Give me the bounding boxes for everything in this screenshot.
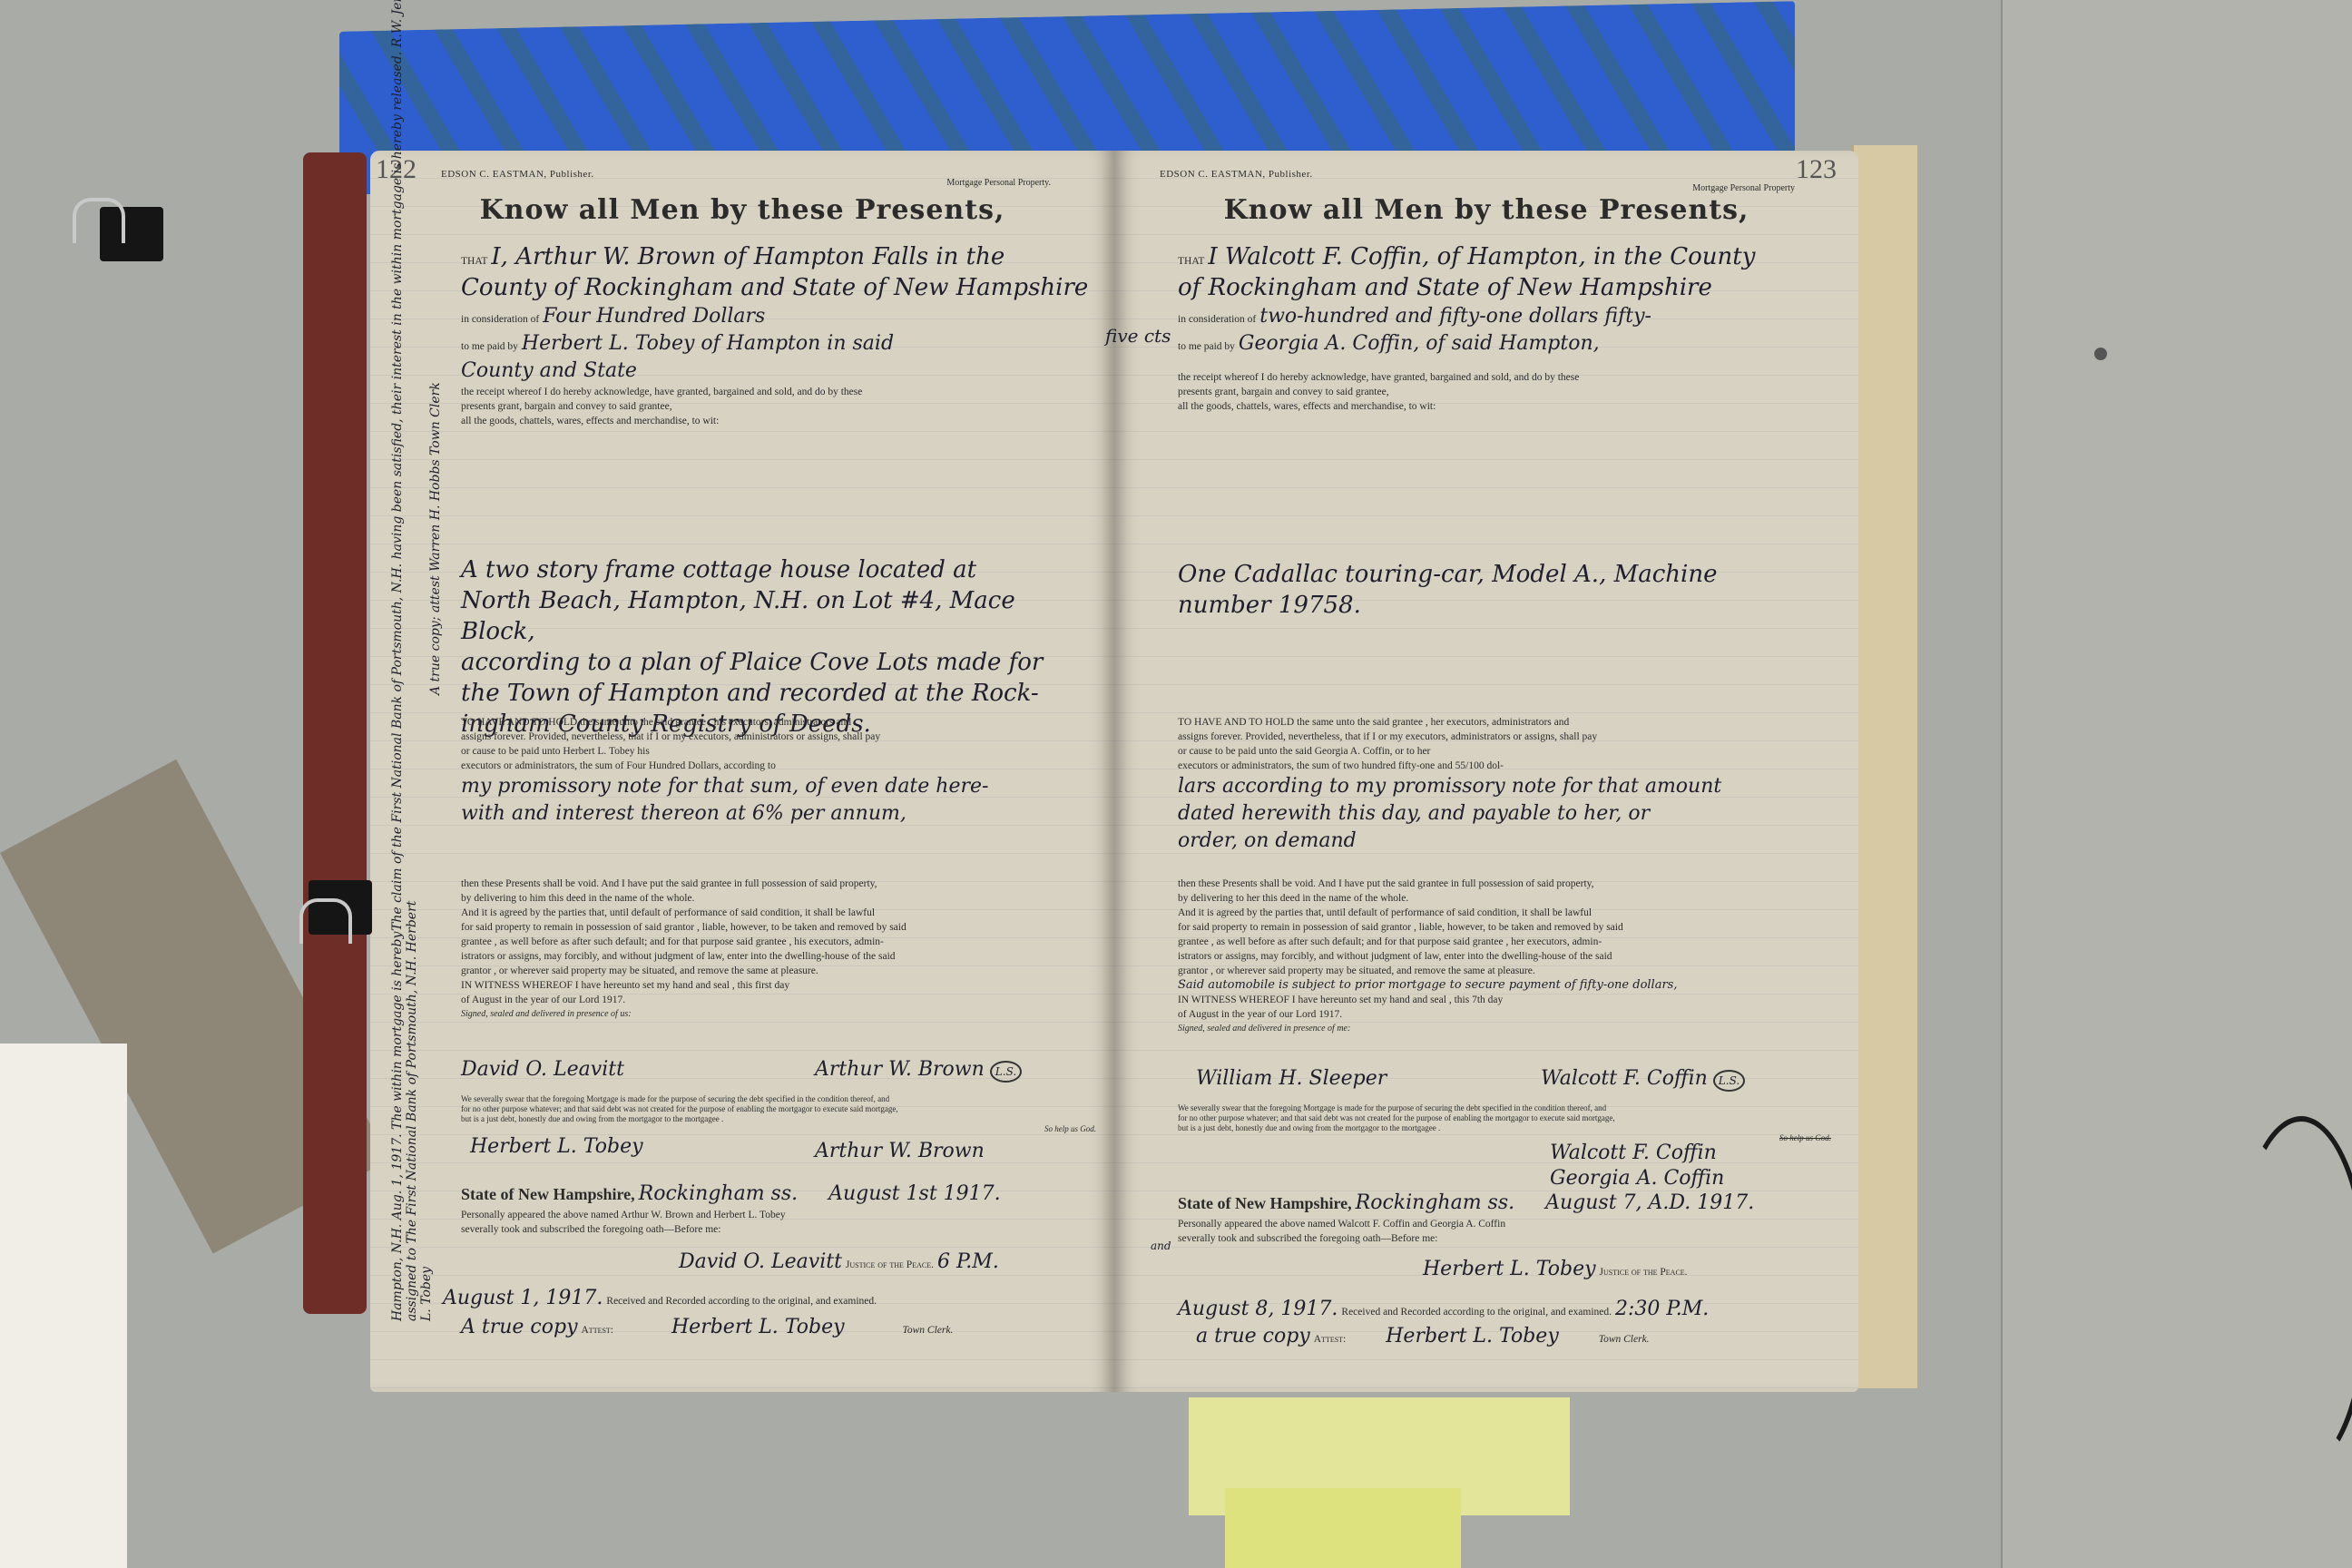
- form-name: Mortgage Personal Property.: [946, 178, 1051, 188]
- habendum-line: or cause to be paid unto the said Georgi…: [1178, 744, 1831, 759]
- signed-label: Signed, sealed and delivered in presence…: [1178, 1022, 1831, 1036]
- property-line: number 19758.: [1178, 590, 1831, 621]
- binder-clip-desk: [100, 207, 163, 261]
- oath-line: but is a just debt, honestly due and owi…: [461, 1114, 1096, 1124]
- note-line: order, on demand: [1178, 828, 1831, 855]
- grantor-signature-text: Arthur W. Brown: [815, 1058, 985, 1081]
- that-label: THAT: [1178, 256, 1204, 267]
- consideration-value: Four Hundred Dollars: [543, 305, 765, 328]
- goods-text: all the goods, chattels, wares, effects …: [1178, 399, 1831, 414]
- oath-line: for no other purpose whatever; and that …: [1178, 1113, 1831, 1123]
- true-copy: A true copy: [461, 1316, 578, 1338]
- property-line: One Cadallac touring-car, Model A., Mach…: [1178, 559, 1831, 590]
- book-page-edges-right: [1851, 145, 1917, 1388]
- recorded-line: August 8, 1917. Received and Recorded ac…: [1178, 1296, 1709, 1323]
- habendum-section: TO HAVE AND TO HOLD the same unto the sa…: [1178, 715, 1831, 855]
- oath-date: August 7, A.D. 1917.: [1545, 1191, 1754, 1214]
- property-line: the Town of Hampton and recorded at the …: [461, 678, 1096, 709]
- agreed-line: istrators or assigns, may forcibly, and …: [1178, 949, 1831, 964]
- appeared-text: Personally appeared the above named Arth…: [461, 1208, 1096, 1222]
- property-line: North Beach, Hampton, N.H. on Lot #4, Ma…: [461, 585, 1096, 647]
- goods-text: all the goods, chattels, wares, effects …: [461, 414, 1096, 428]
- deliver-text: by delivering to him this deed in the na…: [461, 891, 1096, 906]
- justice-label: Justice of the Peace.: [846, 1259, 934, 1270]
- habendum-line: executors or administrators, the sum of …: [1178, 759, 1831, 773]
- justice-name: David O. Leavitt: [679, 1250, 842, 1273]
- clerk-label: Town Clerk.: [1599, 1334, 1650, 1345]
- property-line: A two story frame cottage house located …: [461, 554, 1096, 585]
- grantor-signature: Walcott F. CoffinL.S.: [1541, 1067, 1745, 1092]
- agreed-line: grantor , or wherever said property may …: [461, 964, 1096, 978]
- seal-icon: L.S.: [1713, 1070, 1745, 1092]
- agreed-line: grantee , as well before as after such d…: [461, 935, 1096, 949]
- county: Rockingham ss.: [1356, 1191, 1514, 1214]
- paid-by-value: Georgia A. Coffin, of said Hampton,: [1239, 332, 1600, 355]
- state-label: State of New Hampshire,: [1178, 1194, 1352, 1212]
- publisher: EDSON C. EASTMAN, Publisher.: [441, 169, 594, 180]
- so-help: So help us God.: [1178, 1133, 1831, 1143]
- pushpin: [2094, 348, 2107, 360]
- white-paper: [0, 1044, 127, 1568]
- note-line: lars according to my promissory note for…: [1178, 773, 1831, 800]
- agreed-line: for said property to remain in possessio…: [1178, 920, 1831, 935]
- that-label: THAT: [461, 256, 487, 267]
- oath-signature: Herbert L. Tobey: [470, 1135, 643, 1158]
- signed-label: Signed, sealed and delivered in presence…: [461, 1007, 1096, 1022]
- appeared-text: Personally appeared the above named Walc…: [1178, 1217, 1831, 1231]
- form-heading: Know all Men by these Presents,: [370, 194, 1114, 226]
- habendum-line: executors or administrators, the sum of …: [461, 759, 1096, 773]
- witness-text: IN WITNESS WHEREOF I have hereunto set m…: [1178, 993, 1831, 1007]
- recorded-text: Received and Recorded according to the o…: [606, 1296, 877, 1307]
- oath-line: We severally swear that the foregoing Mo…: [461, 1094, 1096, 1104]
- true-copy: a true copy: [1196, 1325, 1310, 1347]
- publisher: EDSON C. EASTMAN, Publisher.: [1160, 169, 1313, 180]
- receipt-text: the receipt whereof I do hereby acknowle…: [461, 385, 1096, 399]
- note-line: dated herewith this day, and payable to …: [1178, 800, 1831, 828]
- attest-line: a true copy Attest: Herbert L. Tobey Tow…: [1196, 1323, 1650, 1350]
- year-text: of August in the year of our Lord 1917.: [461, 993, 1096, 1007]
- oath-section: We severally swear that the foregoing Mo…: [461, 1094, 1096, 1134]
- agreed-line: istrators or assigns, may forcibly, and …: [461, 949, 1096, 964]
- oath-signature: Georgia A. Coffin: [1550, 1165, 1724, 1192]
- agreed-line: And it is agreed by the parties that, un…: [461, 906, 1096, 920]
- receipt-text: the receipt whereof I do hereby acknowle…: [1178, 370, 1831, 385]
- attest-line: A true copy Attest: Herbert L. Tobey Tow…: [461, 1314, 953, 1341]
- state-label: State of New Hampshire,: [461, 1185, 635, 1203]
- margin-note-release: The claim of the First National Bank of …: [390, 187, 405, 931]
- margin-note-cents: five cts: [1105, 325, 1171, 347]
- habendum-line: TO HAVE AND TO HOLD the same unto the sa…: [1178, 715, 1831, 730]
- form-heading: Know all Men by these Presents,: [1114, 194, 1858, 226]
- book-spine-left: [303, 152, 367, 1314]
- conditions-section: then these Presents shall be void. And I…: [1178, 877, 1831, 1036]
- justice-line: Herbert L. Tobey Justice of the Peace.: [1423, 1258, 1688, 1280]
- grantor-signature-text: Walcott F. Coffin: [1541, 1067, 1708, 1090]
- clerk-name: Herbert L. Tobey: [671, 1316, 845, 1338]
- oath-line: but is a just debt, honestly due and owi…: [1178, 1123, 1831, 1133]
- paid-by-value: Herbert L. Tobey of Hampton in said: [522, 332, 894, 355]
- consideration-value: two-hundred and fifty-one dollars fifty-: [1259, 305, 1651, 328]
- so-help: So help us God.: [461, 1124, 1096, 1134]
- note-line: with and interest thereon at 6% per annu…: [461, 800, 1096, 828]
- recorded-line: August 1, 1917. Received and Recorded ac…: [443, 1285, 877, 1312]
- consideration-label: in consideration of: [1178, 314, 1256, 325]
- attest-label: Attest:: [1314, 1334, 1347, 1345]
- margin-note-attest: A true copy; attest Warren H. Hobbs Town…: [428, 382, 443, 695]
- justice-time: 6 P.M.: [937, 1250, 999, 1273]
- presents-text: presents grant, bargain and convey to sa…: [461, 399, 1096, 414]
- property-description: A two story frame cottage house located …: [461, 554, 1096, 740]
- recorded-text: Received and Recorded according to the o…: [1341, 1307, 1612, 1318]
- oath-signature: Arthur W. Brown: [815, 1140, 985, 1162]
- justice-name: Herbert L. Tobey: [1423, 1258, 1596, 1280]
- habendum-line: assigns forever. Provided, nevertheless,…: [461, 730, 1096, 744]
- habendum-line: or cause to be paid unto Herbert L. Tobe…: [461, 744, 1096, 759]
- prior-mortgage-note: Said automobile is subject to prior mort…: [1178, 978, 1831, 993]
- consideration-label: in consideration of: [461, 314, 539, 325]
- property-line: according to a plan of Plaice Cove Lots …: [461, 647, 1096, 678]
- grantor-line: I, Arthur W. Brown of Hampton Falls in t…: [491, 243, 1004, 270]
- oath-line: We severally swear that the foregoing Mo…: [1178, 1103, 1831, 1113]
- paid-by-label: to me paid by: [1178, 341, 1235, 352]
- acknowledgment-section: State of New Hampshire, Rockingham ss. A…: [1178, 1190, 1831, 1246]
- justice-label: Justice of the Peace.: [1600, 1267, 1688, 1278]
- acknowledgment-section: State of New Hampshire, Rockingham ss. A…: [461, 1181, 1096, 1237]
- witness-signature: David O. Leavitt: [461, 1058, 624, 1081]
- grantor-line: of Rockingham and State of New Hampshire: [1178, 274, 1712, 301]
- recorded-date: August 8, 1917.: [1178, 1298, 1338, 1320]
- subscribed-text: severally took and subscribed the forego…: [461, 1222, 1096, 1237]
- habendum-line: TO HAVE AND TO HOLD the same unto the sa…: [461, 715, 1096, 730]
- sticky-note: [1225, 1488, 1461, 1568]
- oath-signature: Walcott F. Coffin: [1550, 1140, 1717, 1167]
- void-text: then these Presents shall be void. And I…: [1178, 877, 1831, 891]
- justice-line: David O. Leavitt Justice of the Peace. 6…: [679, 1249, 999, 1276]
- note-line: my promissory note for that sum, of even…: [461, 773, 1096, 800]
- year-text: of August in the year of our Lord 1917.: [1178, 1007, 1831, 1022]
- agreed-line: for said property to remain in possessio…: [461, 920, 1096, 935]
- clerk-label: Town Clerk.: [903, 1325, 954, 1336]
- oath-section: We severally swear that the foregoing Mo…: [1178, 1103, 1831, 1143]
- grantor-section: THAT I Walcott F. Coffin, of Hampton, in…: [1178, 241, 1831, 414]
- agreed-line: grantee , as well before as after such d…: [1178, 935, 1831, 949]
- form-name: Mortgage Personal Property: [1692, 183, 1795, 193]
- binder-clip-page: [309, 880, 372, 935]
- margin-note-assignment: Hampton, N.H. Aug. 1, 1917. The within m…: [390, 886, 434, 1321]
- witness-text: IN WITNESS WHEREOF I have hereunto set m…: [461, 978, 1096, 993]
- conditions-section: then these Presents shall be void. And I…: [461, 877, 1096, 1022]
- witness-signature: William H. Sleeper: [1196, 1067, 1387, 1090]
- habendum-line: assigns forever. Provided, nevertheless,…: [1178, 730, 1831, 744]
- paid-by-label: to me paid by: [461, 341, 518, 352]
- grantor-line: County of Rockingham and State of New Ha…: [461, 274, 1088, 301]
- page-right: 123 EDSON C. EASTMAN, Publisher. Mortgag…: [1114, 151, 1858, 1392]
- page-number: 123: [1796, 154, 1837, 185]
- seal-icon: L.S.: [990, 1061, 1022, 1083]
- county: Rockingham ss.: [639, 1182, 798, 1205]
- attest-label: Attest:: [582, 1325, 614, 1336]
- agreed-line: grantor , or wherever said property may …: [1178, 964, 1831, 978]
- oath-date: August 1st 1917.: [828, 1182, 1001, 1205]
- oath-line: for no other purpose whatever; and that …: [461, 1104, 1096, 1114]
- property-description: One Cadallac touring-car, Model A., Mach…: [1178, 559, 1831, 621]
- grantor-line: I Walcott F. Coffin, of Hampton, in the …: [1208, 243, 1755, 270]
- page-left: 122 EDSON C. EASTMAN, Publisher. Mortgag…: [370, 151, 1114, 1392]
- grantor-section: THAT I, Arthur W. Brown of Hampton Falls…: [461, 241, 1096, 428]
- subscribed-text: severally took and subscribed the forego…: [1178, 1231, 1831, 1246]
- paid-by-value: County and State: [461, 359, 637, 382]
- presents-text: presents grant, bargain and convey to sa…: [1178, 385, 1831, 399]
- clerk-name: Herbert L. Tobey: [1386, 1325, 1559, 1347]
- habendum-section: TO HAVE AND TO HOLD the same unto the sa…: [461, 715, 1096, 828]
- void-text: then these Presents shall be void. And I…: [461, 877, 1096, 891]
- recorded-date: August 1, 1917.: [443, 1287, 603, 1309]
- agreed-line: And it is agreed by the parties that, un…: [1178, 906, 1831, 920]
- grantor-signature: Arthur W. BrownL.S.: [815, 1058, 1022, 1083]
- recorded-time: 2:30 P.M.: [1615, 1298, 1709, 1320]
- and-margin: and: [1151, 1240, 1171, 1252]
- deliver-text: by delivering to her this deed in the na…: [1178, 891, 1831, 906]
